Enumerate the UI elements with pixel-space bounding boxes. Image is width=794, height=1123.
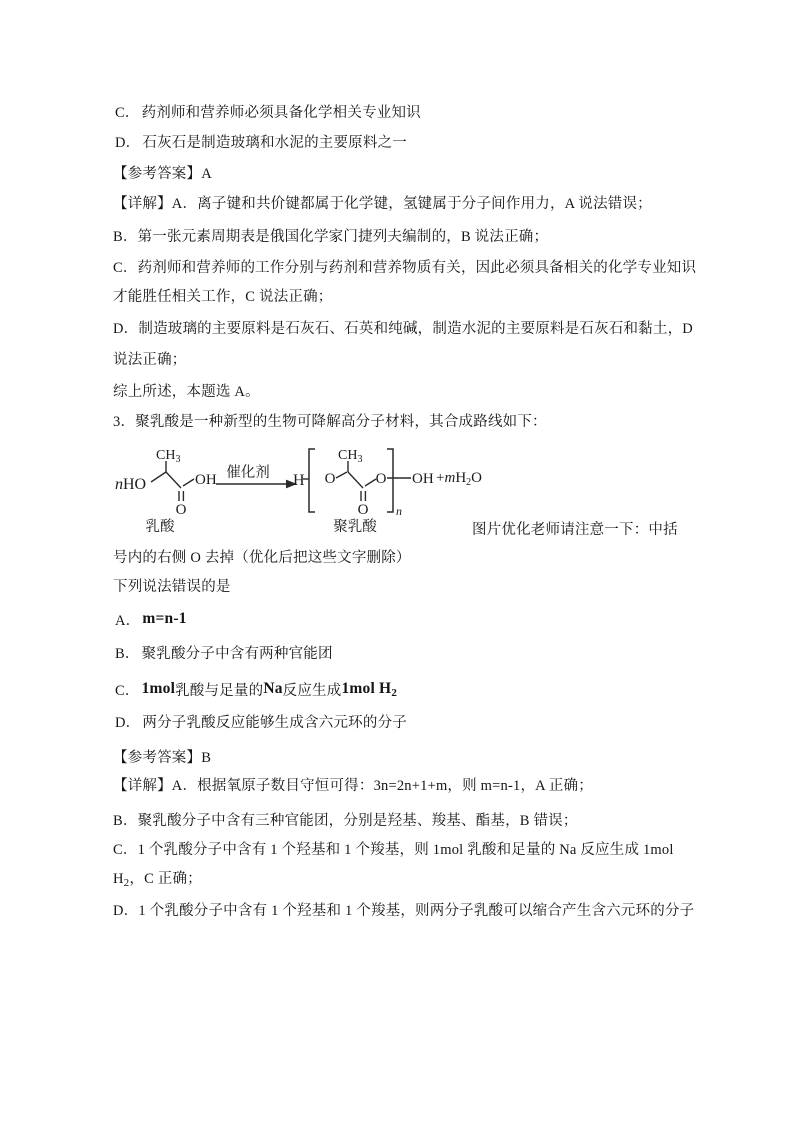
q3-note-line2: 号内的右侧 O 去掉（优化后把这些文字删除）: [113, 549, 411, 567]
q3-analysis-c-line2: H2，C 正确；: [113, 870, 202, 892]
polymer-bracket-right: [387, 449, 393, 512]
q3-option-a: A．m=n-1: [115, 612, 187, 630]
product-name-label: 聚乳酸: [333, 518, 377, 535]
q2-analysis-d-line2: 说法正确；: [113, 351, 187, 369]
option-label: C．: [115, 105, 140, 121]
option-label: D．: [115, 135, 140, 151]
lactic-acid-structure: nHO CH3 O OH 乳酸: [115, 448, 217, 535]
q3-analysis-a: 【详解】A．根据氧原子数目守恒可得：3n=2n+1+m，则 m=n-1，A 正确…: [113, 777, 593, 795]
catalyst-label: 催化剂: [226, 463, 270, 481]
q3-note-line1: 图片优化老师请注意一下：中括: [472, 521, 678, 539]
q3-analysis-d: D．1 个乳酸分子中含有 1 个羟基和 1 个羧基，则两分子乳酸可以缩合产生含六…: [113, 902, 694, 920]
svg-text:O: O: [376, 471, 387, 487]
svg-text:O: O: [358, 502, 369, 518]
option-label: D．: [115, 715, 140, 731]
hydroxyl-label: OH: [195, 472, 217, 488]
option-text: 石灰石是制造玻璃和水泥的主要原料之一: [142, 135, 407, 151]
q2-analysis-b: B．第一张元素周期表是俄国化学家门捷列夫编制的，B 说法正确；: [113, 228, 548, 246]
q3-analysis-c-line1: C．1 个乳酸分子中含有 1 个羟基和 1 个羧基，则 1mol 乳酸和足量的 …: [113, 841, 674, 859]
q2-analysis-d-line1: D．制造玻璃的主要原料是石灰石、石英和纯碱，制造水泥的主要原料是石灰石和黏土，D: [113, 320, 693, 338]
svg-text:CH3: CH3: [338, 448, 362, 465]
q2-conclusion: 综上所述，本题选 A。: [113, 383, 260, 401]
q2-option-c: C．药剂师和营养师必须具备化学相关专业知识: [115, 104, 421, 122]
q3-stem: 3．聚乳酸是一种新型的生物可降解高分子材料，其合成路线如下：: [113, 413, 547, 431]
q3-answer: 【参考答案】B: [113, 749, 211, 767]
reaction-arrow: 催化剂: [216, 463, 297, 488]
degree-of-polymerization: n: [396, 504, 402, 518]
option-label: C．: [115, 683, 140, 699]
svg-text:nHO: nHO: [115, 476, 146, 493]
q3-question: 下列说法错误的是: [113, 578, 231, 596]
polymer-bracket-left: [309, 449, 315, 512]
q3-option-d: D．两分子乳酸反应能够生成含六元环的分子: [115, 714, 407, 732]
reactant-name-label: 乳酸: [146, 518, 175, 535]
document-page: C．药剂师和营养师必须具备化学相关专业知识 D．石灰石是制造玻璃和水泥的主要原料…: [0, 0, 794, 1123]
q2-analysis-c-line2: 才能胜任相关工作，C 说法正确；: [113, 288, 333, 306]
svg-text:CH3: CH3: [156, 448, 180, 465]
option-formula: 1mol H2: [341, 680, 397, 697]
q3-option-b: B．聚乳酸分子中含有两种官能团: [115, 645, 333, 663]
svg-text:O: O: [325, 471, 336, 487]
svg-text:OH: OH: [412, 471, 434, 487]
option-formula: 1mol: [142, 680, 176, 697]
svg-text:H: H: [293, 472, 305, 489]
water-byproduct: +mH2O: [436, 470, 482, 488]
q2-answer: 【参考答案】A: [113, 165, 212, 183]
carbonyl-o-label: O: [176, 502, 187, 518]
q2-option-d: D．石灰石是制造玻璃和水泥的主要原料之一: [115, 134, 407, 152]
option-text: 两分子乳酸反应能够生成含六元环的分子: [142, 715, 407, 731]
option-text: 药剂师和营养师必须具备化学相关专业知识: [142, 105, 421, 121]
option-label: A．: [115, 613, 140, 629]
reaction-scheme: nHO CH3 O OH 乳酸 催化剂 H O CH3: [105, 441, 485, 541]
option-text: 聚乳酸分子中含有两种官能团: [142, 646, 333, 662]
q3-option-c: C．1mol乳酸与足量的Na反应生成1mol H2: [115, 682, 397, 704]
q3-analysis-b: B．聚乳酸分子中含有三种官能团，分别是羟基、羧基、酯基，B 错误；: [113, 812, 578, 830]
q2-analysis-c-line1: C．药剂师和营养师的工作分别与药剂和营养物质有关，因此必须具备相关的化学专业知识: [113, 259, 696, 277]
option-text: 乳酸与足量的: [175, 683, 263, 699]
q2-analysis-a: 【详解】A．离子键和共价键都属于化学键，氢键属于分子间作用力，A 说法错误；: [113, 195, 652, 213]
option-formula: m=n-1: [142, 610, 186, 627]
option-label: B．: [115, 646, 140, 662]
option-text: 反应生成: [283, 683, 342, 699]
polylactic-acid-structure: H O CH3 O O n OH +mH2O 聚乳酸: [293, 448, 482, 535]
option-formula: Na: [263, 680, 282, 697]
